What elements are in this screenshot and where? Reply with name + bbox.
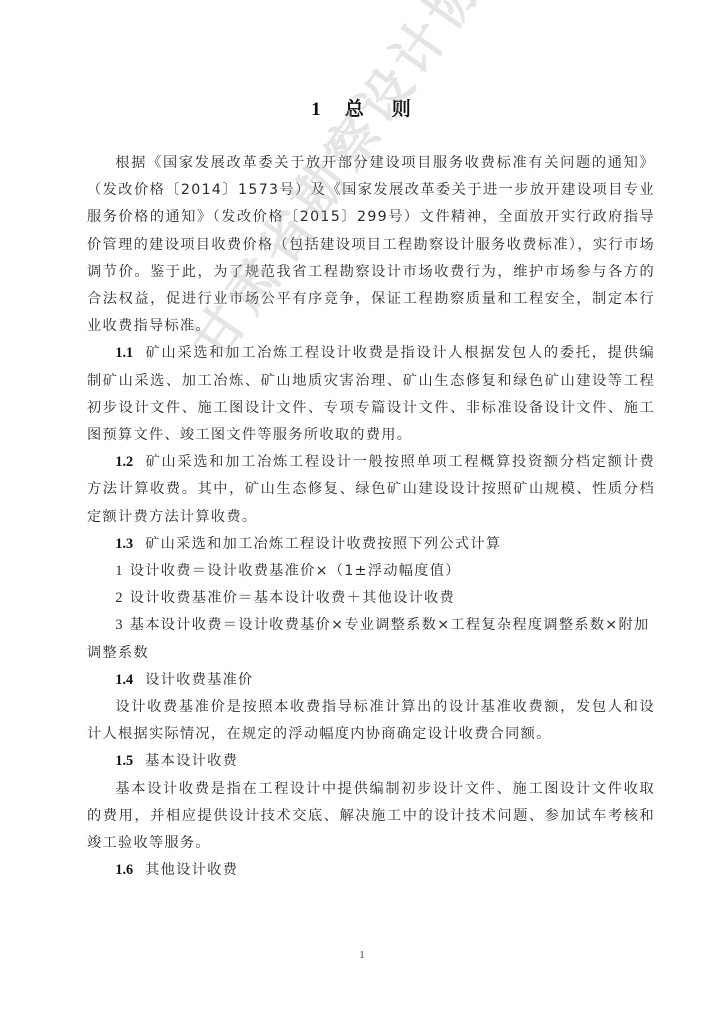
section-number: 1.5 [115, 753, 133, 769]
formula-number: 3 [115, 617, 123, 633]
section-1-5-heading: 1.5基本设计收费 [87, 748, 655, 775]
formula-3: 3基本设计收费＝设计收费基价×专业调整系数×工程复杂程度调整系数×附加调整系数 [87, 612, 655, 666]
intro-paragraph: 根据《国家发展改革委关于放开部分建设项目服务收费标准有关问题的通知》（发改价格〔… [87, 150, 655, 340]
section-text: 矿山采选和加工冶炼工程设计收费是指设计人根据发包人的委托，提供编制矿山采选、加工… [87, 345, 655, 443]
section-1-1: 1.1矿山采选和加工冶炼工程设计收费是指设计人根据发包人的委托，提供编制矿山采选… [87, 340, 655, 449]
section-text: 矿山采选和加工冶炼工程设计一般按照单项工程概算投资额分档定额计费方法计算收费。其… [87, 454, 655, 524]
section-number: 1.6 [115, 862, 133, 878]
section-1-3: 1.3矿山采选和加工冶炼工程设计收费按照下列公式计算 [87, 531, 655, 558]
section-number: 1.1 [115, 345, 133, 361]
section-number: 1.2 [115, 454, 133, 470]
page-number: 1 [0, 950, 724, 961]
section-1-4-heading: 1.4设计收费基准价 [87, 667, 655, 694]
section-text: 其他设计收费 [145, 862, 238, 878]
formula-text: 设计收费＝设计收费基准价×（1±浮动幅度值） [130, 563, 461, 579]
formula-1: 1设计收费＝设计收费基准价×（1±浮动幅度值） [87, 558, 655, 585]
formula-text: 设计收费基准价＝基本设计收费＋其他设计收费 [130, 590, 455, 606]
formula-number: 2 [115, 590, 123, 606]
formula-number: 1 [115, 563, 123, 579]
chapter-title-word-2: 则 [392, 98, 413, 120]
document-body: 根据《国家发展改革委关于放开部分建设项目服务收费标准有关问题的通知》（发改价格〔… [87, 150, 655, 884]
chapter-title: 1总则 [0, 94, 724, 121]
document-page: 1总则 根据《国家发展改革委关于放开部分建设项目服务收费标准有关问题的通知》（发… [0, 0, 724, 1024]
section-1-5-paragraph: 基本设计收费是指在工程设计中提供编制初步设计文件、施工图设计文件收取的费用，并相… [87, 776, 655, 858]
chapter-number: 1 [311, 99, 323, 120]
section-text: 基本设计收费 [145, 753, 238, 769]
section-1-4-paragraph: 设计收费基准价是按照本收费指导标准计算出的设计基准收费额，发包人和设计人根据实际… [87, 694, 655, 748]
formula-2: 2设计收费基准价＝基本设计收费＋其他设计收费 [87, 585, 655, 612]
section-number: 1.3 [115, 536, 133, 552]
formula-text: 基本设计收费＝设计收费基价×专业调整系数×工程复杂程度调整系数×附加调整系数 [87, 617, 649, 660]
section-number: 1.4 [115, 672, 133, 688]
section-1-2: 1.2矿山采选和加工冶炼工程设计一般按照单项工程概算投资额分档定额计费方法计算收… [87, 449, 655, 531]
section-text: 矿山采选和加工冶炼工程设计收费按照下列公式计算 [145, 536, 501, 552]
section-1-6-heading: 1.6其他设计收费 [87, 857, 655, 884]
section-text: 设计收费基准价 [145, 672, 253, 688]
chapter-title-word-1: 总 [345, 98, 366, 120]
